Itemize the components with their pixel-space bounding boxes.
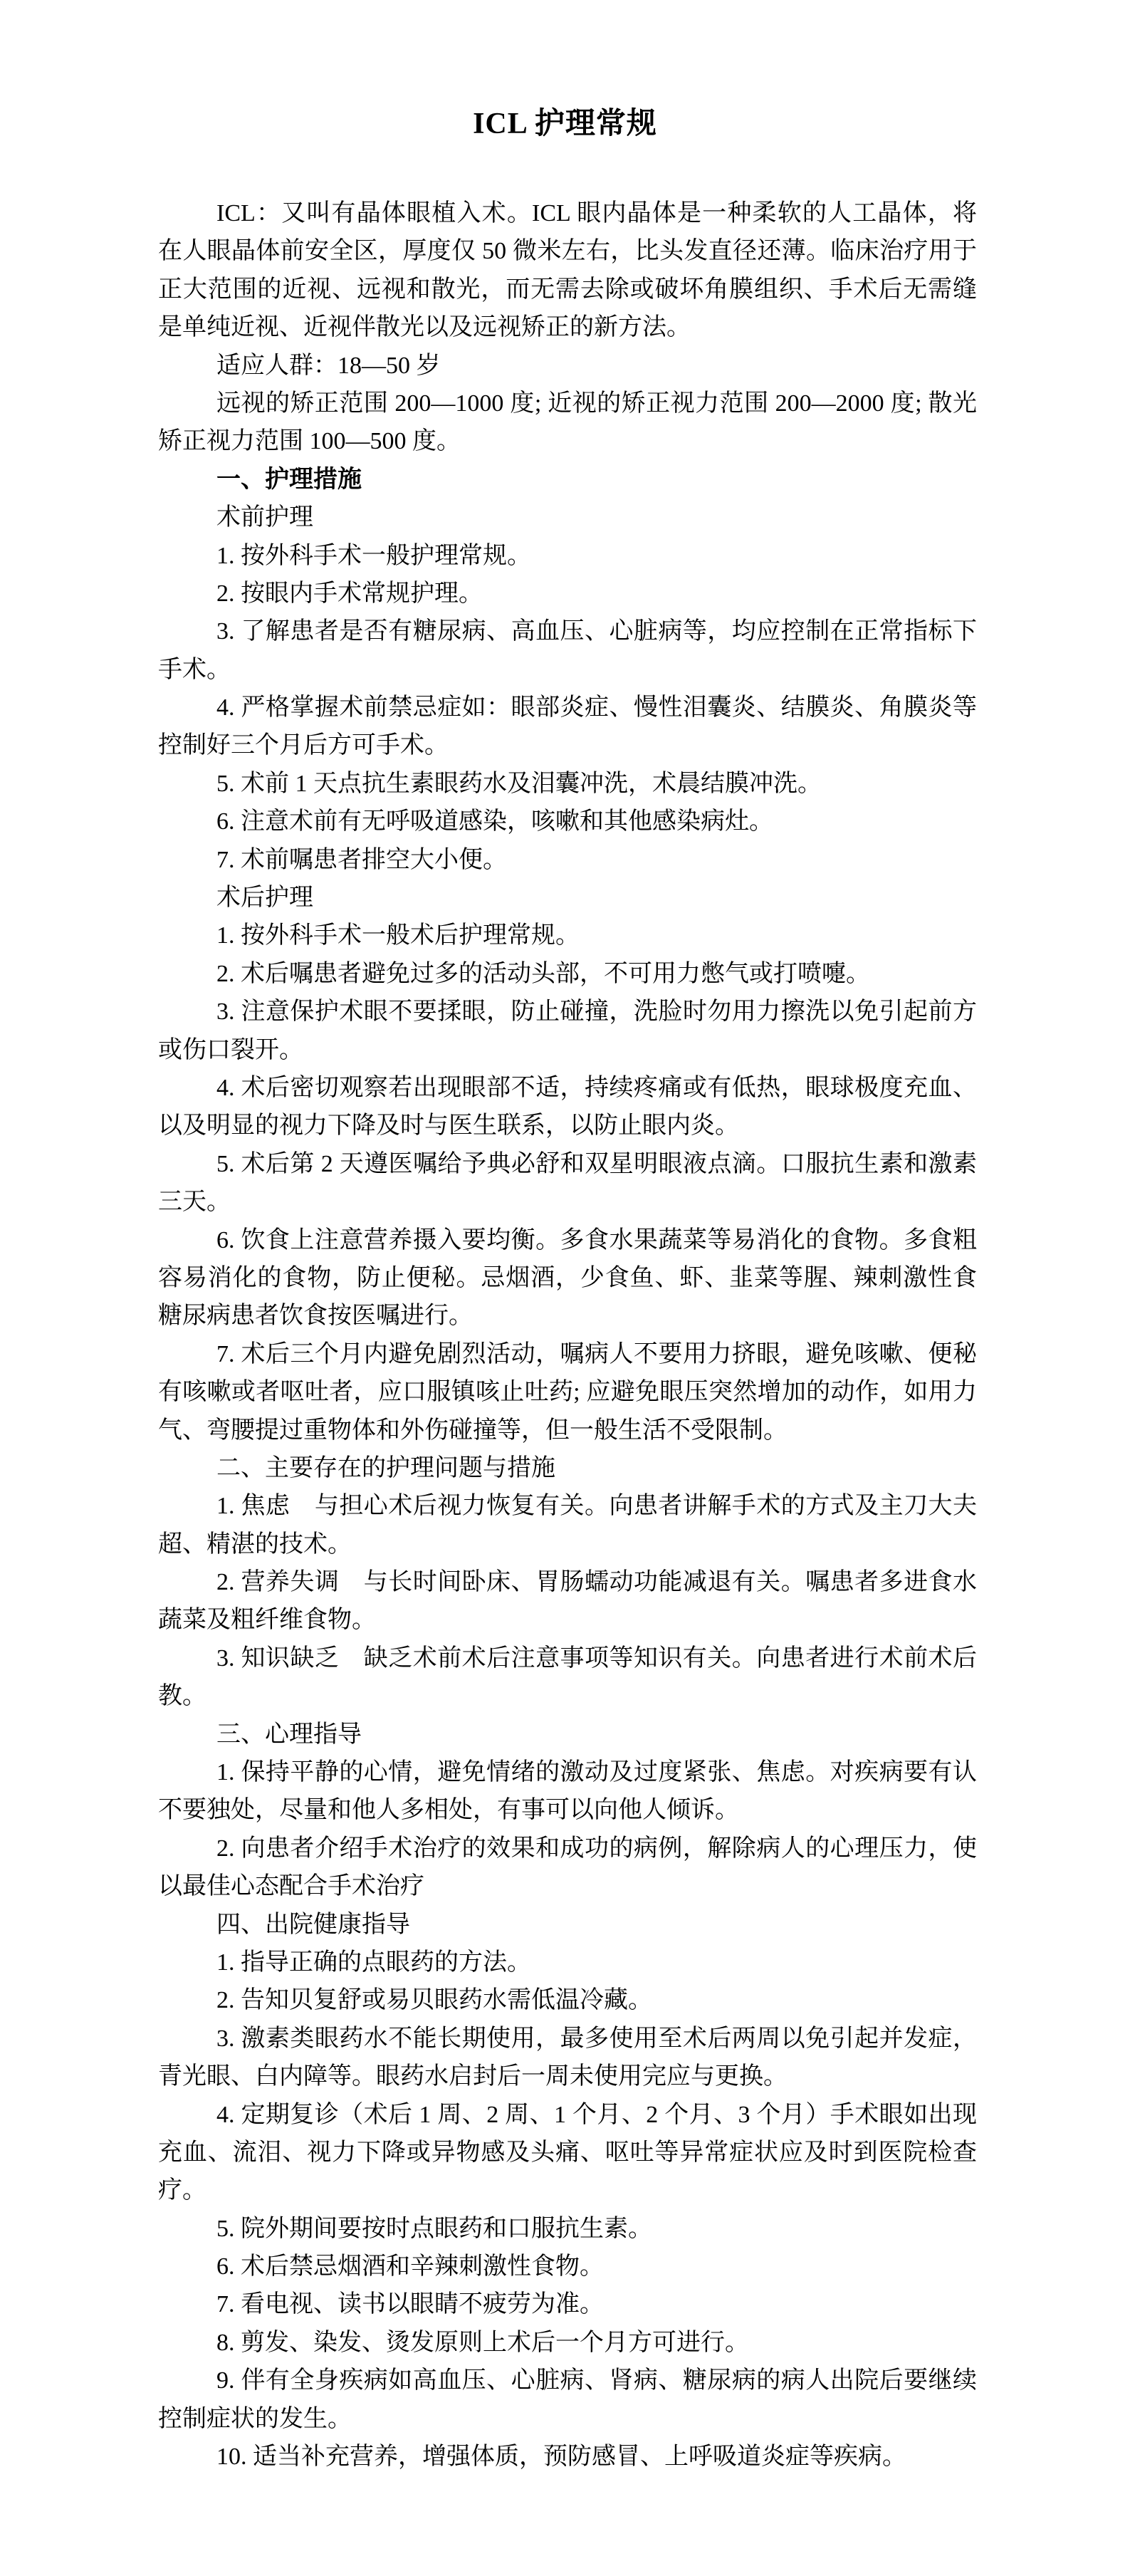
text-line: 7. 看电视、读书以眼睛不疲劳为准。 <box>158 2285 977 2323</box>
text-line: 以及明显的视力下降及时与医生联系，以防止眼内炎。 <box>158 1107 977 1144</box>
text-line: 7. 术后三个月内避免剧烈活动，嘱病人不要用力挤眼，避免咳嗽、便秘等。 <box>158 1335 977 1373</box>
text-line: 4. 定期复诊（术后 1 周、2 周、1 个月、2 个月、3 个月）手术眼如出现… <box>158 2096 977 2134</box>
text-line: ICL：又叫有晶体眼植入术。ICL 眼内晶体是一种柔软的人工晶体，将安放 <box>158 194 977 232</box>
text-line: 在人眼晶体前安全区，厚度仅 50 微米左右，比头发直径还薄。临床治疗用于矫 <box>158 232 977 270</box>
text-line: 1. 保持平静的心情，避免情绪的激动及过度紧张、焦虑。对疾病要有认识， <box>158 1753 977 1791</box>
text-line: 术后护理 <box>158 879 977 917</box>
text-line: 2. 按眼内手术常规护理。 <box>158 575 977 612</box>
text-line: 蔬菜及粗纤维食物。 <box>158 1601 977 1639</box>
text-line: 4. 严格掌握术前禁忌症如：眼部炎症、慢性泪囊炎、结膜炎、角膜炎等必须 <box>158 689 977 726</box>
text-line: 三天。 <box>158 1183 977 1221</box>
text-line: 7. 术前嘱患者排空大小便。 <box>158 841 977 879</box>
text-line: 5. 院外期间要按时点眼药和口服抗生素。 <box>158 2210 977 2248</box>
text-line: 教。 <box>158 1677 977 1715</box>
text-line: 气、弯腰提过重物体和外伤碰撞等，但一般生活不受限制。 <box>158 1412 977 1449</box>
text-line: 容易消化的食物，防止便秘。忌烟酒，少食鱼、虾、韭菜等腥、辣刺激性食物。 <box>158 1259 977 1297</box>
text-line: 3. 激素类眼药水不能长期使用，最多使用至术后两周以免引起并发症，如： <box>158 2020 977 2058</box>
text-line: 控制好三个月后方可手术。 <box>158 726 977 764</box>
text-line: 2. 告知贝复舒或易贝眼药水需低温冷藏。 <box>158 1981 977 2019</box>
text-line: 控制症状的发生。 <box>158 2400 977 2438</box>
text-line: 5. 术前 1 天点抗生素眼药水及泪囊冲洗，术晨结膜冲洗。 <box>158 765 977 803</box>
text-line: 矫正视力范围 100—500 度。 <box>158 422 977 460</box>
text-line: 2. 向患者介绍手术治疗的效果和成功的病例，解除病人的心理压力，使患者 <box>158 1830 977 1867</box>
document-title: ICL 护理常规 <box>0 105 1130 142</box>
text-line: 1. 按外科手术一般术后护理常规。 <box>158 917 977 954</box>
text-line: 超、精湛的技术。 <box>158 1526 977 1563</box>
document-page: ICL 护理常规 ICL：又叫有晶体眼植入术。ICL 眼内晶体是一种柔软的人工晶… <box>0 0 1130 2576</box>
document-body: ICL：又叫有晶体眼植入术。ICL 眼内晶体是一种柔软的人工晶体，将安放在人眼晶… <box>158 194 977 2476</box>
text-line: 2. 营养失调 与长时间卧床、胃肠蠕动功能减退有关。嘱患者多进食水果、 <box>158 1563 977 1601</box>
text-line: 术前护理 <box>158 499 977 536</box>
text-line: 适应人群：18—50 岁 <box>158 347 977 385</box>
text-line: 有咳嗽或者呕吐者，应口服镇咳止吐药; 应避免眼压突然增加的动作，如用力憋 <box>158 1373 977 1411</box>
text-line: 6. 术后禁忌烟酒和辛辣刺激性食物。 <box>158 2248 977 2285</box>
text-line: 充血、流泪、视力下降或异物感及头痛、呕吐等异常症状应及时到医院检查及治 <box>158 2134 977 2171</box>
text-line: 8. 剪发、染发、烫发原则上术后一个月方可进行。 <box>158 2324 977 2362</box>
text-line: 三、心理指导 <box>158 1716 977 1753</box>
text-line: 远视的矫正范围 200—1000 度; 近视的矫正视力范围 200—2000 度… <box>158 385 977 422</box>
text-line: 疗。 <box>158 2171 977 2209</box>
text-line: 9. 伴有全身疾病如高血压、心脏病、肾病、糖尿病的病人出院后要继续治疗， <box>158 2362 977 2399</box>
text-line: 以最佳心态配合手术治疗 <box>158 1867 977 1905</box>
text-line: 3. 注意保护术眼不要揉眼，防止碰撞，洗脸时勿用力擦洗以免引起前方出血 <box>158 993 977 1031</box>
text-line: 1. 指导正确的点眼药的方法。 <box>158 1944 977 1981</box>
text-line: 糖尿病患者饮食按医嘱进行。 <box>158 1297 977 1335</box>
text-line: 正大范围的近视、远视和散光，而无需去除或破坏角膜组织、手术后无需缝合， <box>158 271 977 308</box>
text-line: 6. 注意术前有无呼吸道感染，咳嗽和其他感染病灶。 <box>158 803 977 840</box>
text-line: 3. 知识缺乏 缺乏术前术后注意事项等知识有关。向患者进行术前术后宣 <box>158 1639 977 1677</box>
text-line: 2. 术后嘱患者避免过多的活动头部，不可用力憋气或打喷嚏。 <box>158 955 977 993</box>
text-line: 1. 焦虑 与担心术后视力恢复有关。向患者讲解手术的方式及主刀大夫的高 <box>158 1487 977 1525</box>
text-line: 10. 适当补充营养，增强体质，预防感冒、上呼吸道炎症等疾病。 <box>158 2438 977 2476</box>
text-line: 青光眼、白内障等。眼药水启封后一周未使用完应与更换。 <box>158 2058 977 2095</box>
text-line: 3. 了解患者是否有糖尿病、高血压、心脏病等，均应控制在正常指标下才能 <box>158 612 977 650</box>
text-line: 5. 术后第 2 天遵医嘱给予典必舒和双星明眼液点滴。口服抗生素和激素类药 <box>158 1145 977 1183</box>
text-line: 1. 按外科手术一般护理常规。 <box>158 537 977 575</box>
text-line: 不要独处，尽量和他人多相处，有事可以向他人倾诉。 <box>158 1791 977 1829</box>
text-line: 一、护理措施 <box>158 461 977 499</box>
text-line: 4. 术后密切观察若出现眼部不适，持续疼痛或有低热，眼球极度充血、畏光 <box>158 1069 977 1107</box>
text-line: 手术。 <box>158 651 977 689</box>
text-line: 二、主要存在的护理问题与措施 <box>158 1449 977 1487</box>
text-line: 是单纯近视、近视伴散光以及远视矫正的新方法。 <box>158 308 977 346</box>
text-line: 四、出院健康指导 <box>158 1906 977 1944</box>
text-line: 或伤口裂开。 <box>158 1031 977 1069</box>
text-line: 6. 饮食上注意营养摄入要均衡。多食水果蔬菜等易消化的食物。多食粗纤维 <box>158 1221 977 1259</box>
